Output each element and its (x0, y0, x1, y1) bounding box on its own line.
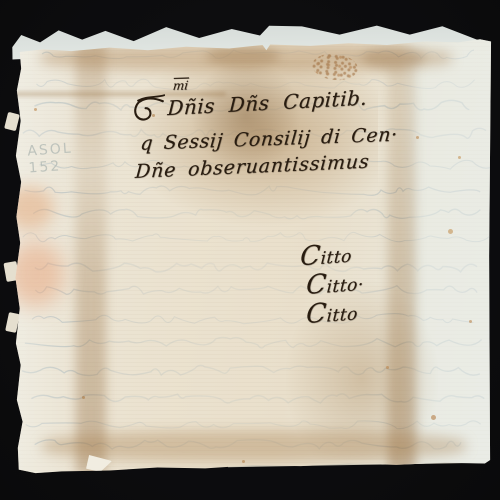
foxing-spots (34, 108, 37, 111)
pencil-line: ASOL (27, 140, 73, 160)
docket-line: Citto· (305, 269, 365, 302)
pencil-line: 152 (28, 157, 74, 177)
address-line-1-text: Dñis Dñs Capitib. (167, 86, 368, 121)
photo-background: ASOL 152 mi Dñis Dñs Capitib. q Sessij C… (0, 0, 500, 500)
docket-line: Citto (299, 240, 363, 274)
docket-citto: Citto Citto· Citto (299, 240, 367, 331)
paraph-flourish-icon (131, 93, 167, 125)
pencil-annotation: ASOL 152 (27, 140, 75, 177)
docket-line: Citto (305, 298, 367, 331)
orange-stain (4, 186, 54, 230)
address-block: mi Dñis Dñs Capitib. q Sessij Consilij d… (131, 68, 434, 183)
fold-stain-bottom (42, 431, 466, 461)
fold-stain-vertical-left (76, 38, 106, 474)
address-superscript: mi (172, 78, 189, 92)
letter-paper: ASOL 152 mi Dñis Dñs Capitib. q Sessij C… (14, 38, 492, 474)
torn-edge-tab (4, 112, 20, 131)
